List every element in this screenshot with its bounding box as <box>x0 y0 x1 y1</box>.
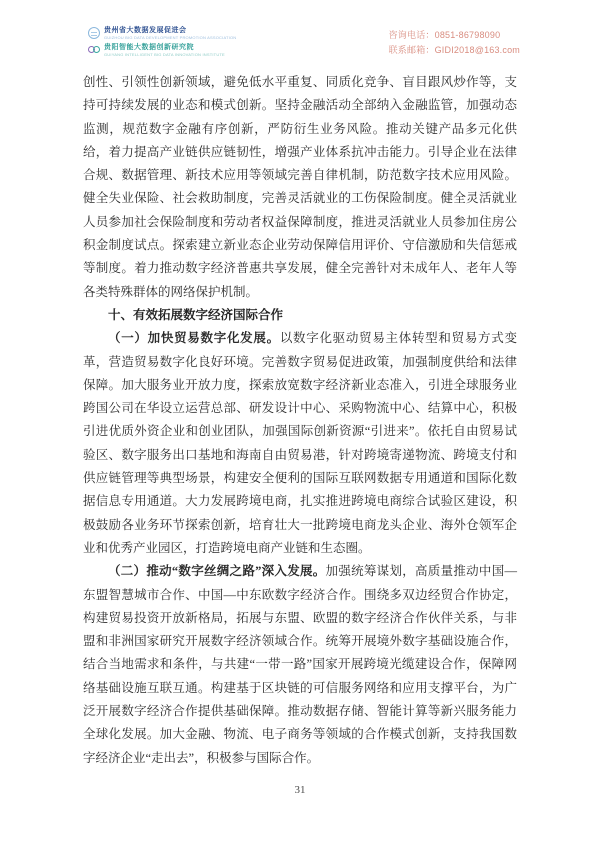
org1-subtitle: GUIZHOU BIG DATA DEVELOPMENT PROMOTION A… <box>104 35 236 40</box>
org2-logo: 贵阳智能大数据创新研究院 GUIYANG INTELLIGENT BIG DAT… <box>88 43 236 57</box>
contact-email-value: GIDI2018@163.com <box>435 45 520 55</box>
paragraph-text: 以数字化驱动贸易主体转型和贸易方式变革，营造贸易数字化良好环境。完善数字贸易促进… <box>83 331 517 555</box>
paragraph-text: 加强统筹谋划，高质量推动中国—东盟智慧城市合作、中国—中东欧数字经济合作。围绕多… <box>83 564 517 764</box>
contact-phone: 咨询电话：0851-86798090 <box>389 28 520 43</box>
paragraph-continuation: 创性、引领性创新领域，避免低水平重复、同质化竞争、盲目跟风炒作等，支持可持续发展… <box>83 71 517 304</box>
org2-subtitle: GUIYANG INTELLIGENT BIG DATA INNOVATION … <box>104 52 225 57</box>
section-heading: 十、有效拓展数字经济国际合作 <box>83 304 517 327</box>
document-body: 创性、引领性创新领域，避免低水平重复、同质化竞争、盲目跟风炒作等，支持可持续发展… <box>83 71 517 770</box>
globe-icon <box>88 27 100 39</box>
interlocked-rings-icon <box>88 44 100 56</box>
contact-phone-value: 0851-86798090 <box>435 30 501 40</box>
org1-name: 贵州省大数据发展促进会 <box>104 27 236 35</box>
paragraph-lead: （二）推动“数字丝绸之路”深入发展。 <box>108 564 326 578</box>
org2-logo-text: 贵阳智能大数据创新研究院 GUIYANG INTELLIGENT BIG DAT… <box>104 44 225 57</box>
document-page: 贵州省大数据发展促进会 GUIZHOU BIG DATA DEVELOPMENT… <box>0 0 600 848</box>
org2-name: 贵阳智能大数据创新研究院 <box>104 44 225 52</box>
paragraph-trade-digitalization: （一）加快贸易数字化发展。以数字化驱动贸易主体转型和贸易方式变革，营造贸易数字化… <box>83 327 517 560</box>
logo-block: 贵州省大数据发展促进会 GUIZHOU BIG DATA DEVELOPMENT… <box>88 26 236 57</box>
page-header: 贵州省大数据发展促进会 GUIZHOU BIG DATA DEVELOPMENT… <box>88 26 520 57</box>
contact-phone-label: 咨询电话： <box>389 30 435 40</box>
contact-email-label: 联系邮箱： <box>389 45 435 55</box>
org1-logo-text: 贵州省大数据发展促进会 GUIZHOU BIG DATA DEVELOPMENT… <box>104 27 236 40</box>
org1-logo: 贵州省大数据发展促进会 GUIZHOU BIG DATA DEVELOPMENT… <box>88 26 236 40</box>
page-number: 31 <box>295 784 306 796</box>
paragraph-lead: （一）加快贸易数字化发展。 <box>108 331 280 345</box>
page-footer: 31 <box>0 784 600 796</box>
contact-info: 咨询电话：0851-86798090 联系邮箱：GIDI2018@163.com <box>389 28 520 57</box>
contact-email: 联系邮箱：GIDI2018@163.com <box>389 43 520 58</box>
paragraph-digital-silk-road: （二）推动“数字丝绸之路”深入发展。加强统筹谋划，高质量推动中国—东盟智慧城市合… <box>83 560 517 770</box>
